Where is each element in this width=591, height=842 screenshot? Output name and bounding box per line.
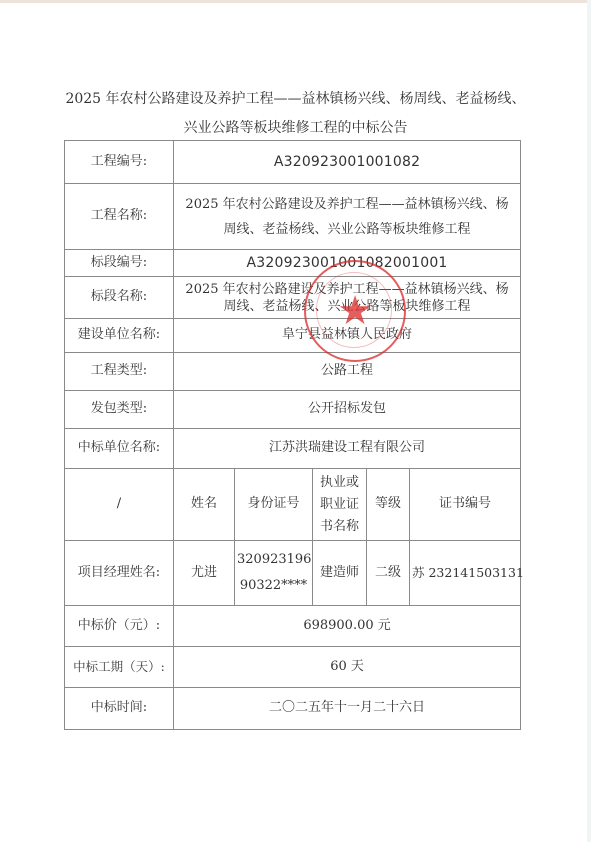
page-title-line-1: 2025 年农村公路建设及养护工程——益林镇杨兴线、杨周线、老益杨线、	[0, 88, 591, 108]
manager-level: 二级	[367, 541, 410, 606]
project-name-label: 工程名称:	[65, 184, 174, 250]
winner-label: 中标单位名称:	[65, 429, 174, 469]
header-name: 姓名	[174, 469, 235, 541]
row-contract-type: 发包类型: 公开招标发包	[65, 391, 521, 429]
award-date-value: 二〇二五年十一月二十六日	[174, 688, 521, 730]
row-personnel-header: / 姓名 身份证号 执业或职业证书名称 等级 证书编号	[65, 469, 521, 541]
project-type-label: 工程类型:	[65, 353, 174, 391]
contract-type-label: 发包类型:	[65, 391, 174, 429]
builder-label: 建设单位名称:	[65, 319, 174, 353]
section-no-label: 标段编号:	[65, 250, 174, 277]
row-section-no: 标段编号: A320923001001082001001	[65, 250, 521, 277]
scan-top-edge	[0, 0, 591, 3]
row-project-no: 工程编号: A320923001001082	[65, 141, 521, 184]
row-project-type: 工程类型: 公路工程	[65, 353, 521, 391]
section-name-value: 2025 年农村公路建设及养护工程——益林镇杨兴线、杨 周线、老益杨线、兴业公路…	[174, 277, 521, 319]
header-cert-no: 证书编号	[410, 469, 521, 541]
bid-price-value: 698900.00 元	[174, 606, 521, 647]
contract-type-value: 公开招标发包	[174, 391, 521, 429]
section-name-line-1: 2025 年农村公路建设及养护工程——益林镇杨兴线、杨	[176, 281, 518, 298]
row-duration: 中标工期（天）: 60 天	[65, 647, 521, 688]
duration-value: 60 天	[174, 647, 521, 688]
section-no-value: A320923001001082001001	[174, 250, 521, 277]
project-name-line-2: 周线、老益杨线、兴业公路等板块维修工程	[176, 217, 518, 242]
page-title-line-2: 兴业公路等板块维修工程的中标公告	[0, 117, 591, 137]
manager-id-no: 320923196 90322****	[235, 541, 313, 606]
project-name-line-1: 2025 年农村公路建设及养护工程——益林镇杨兴线、杨	[176, 192, 518, 217]
row-manager: 项目经理姓名: 尤进 320923196 90322**** 建造师 二级 苏 …	[65, 541, 521, 606]
section-name-line-2: 周线、老益杨线、兴业公路等板块维修工程	[176, 298, 518, 315]
bid-price-label: 中标价（元）:	[65, 606, 174, 647]
award-date-label: 中标时间:	[65, 688, 174, 730]
manager-id-line-1: 320923196	[237, 547, 310, 573]
header-cert-name: 执业或职业证书名称	[313, 469, 367, 541]
manager-name: 尤进	[174, 541, 235, 606]
award-notice-table: 工程编号: A320923001001082 工程名称: 2025 年农村公路建…	[64, 140, 521, 730]
winner-value: 江苏洪瑞建设工程有限公司	[174, 429, 521, 469]
builder-value: 阜宁县益林镇人民政府	[174, 319, 521, 353]
project-type-value: 公路工程	[174, 353, 521, 391]
header-level: 等级	[367, 469, 410, 541]
row-award-date: 中标时间: 二〇二五年十一月二十六日	[65, 688, 521, 730]
header-id-no: 身份证号	[235, 469, 313, 541]
header-slash: /	[65, 469, 174, 541]
row-builder: 建设单位名称: 阜宁县益林镇人民政府	[65, 319, 521, 353]
manager-cert-no: 苏 232141503131	[410, 541, 521, 606]
manager-id-line-2: 90322****	[237, 573, 310, 599]
project-name-value: 2025 年农村公路建设及养护工程——益林镇杨兴线、杨 周线、老益杨线、兴业公路…	[174, 184, 521, 250]
section-name-label: 标段名称:	[65, 277, 174, 319]
row-section-name: 标段名称: 2025 年农村公路建设及养护工程——益林镇杨兴线、杨 周线、老益杨…	[65, 277, 521, 319]
row-winner: 中标单位名称: 江苏洪瑞建设工程有限公司	[65, 429, 521, 469]
project-no-value: A320923001001082	[174, 141, 521, 184]
manager-label: 项目经理姓名:	[65, 541, 174, 606]
manager-cert-name: 建造师	[313, 541, 367, 606]
project-no-label: 工程编号:	[65, 141, 174, 184]
row-bid-price: 中标价（元）: 698900.00 元	[65, 606, 521, 647]
row-project-name: 工程名称: 2025 年农村公路建设及养护工程——益林镇杨兴线、杨 周线、老益杨…	[65, 184, 521, 250]
duration-label: 中标工期（天）:	[65, 647, 174, 688]
